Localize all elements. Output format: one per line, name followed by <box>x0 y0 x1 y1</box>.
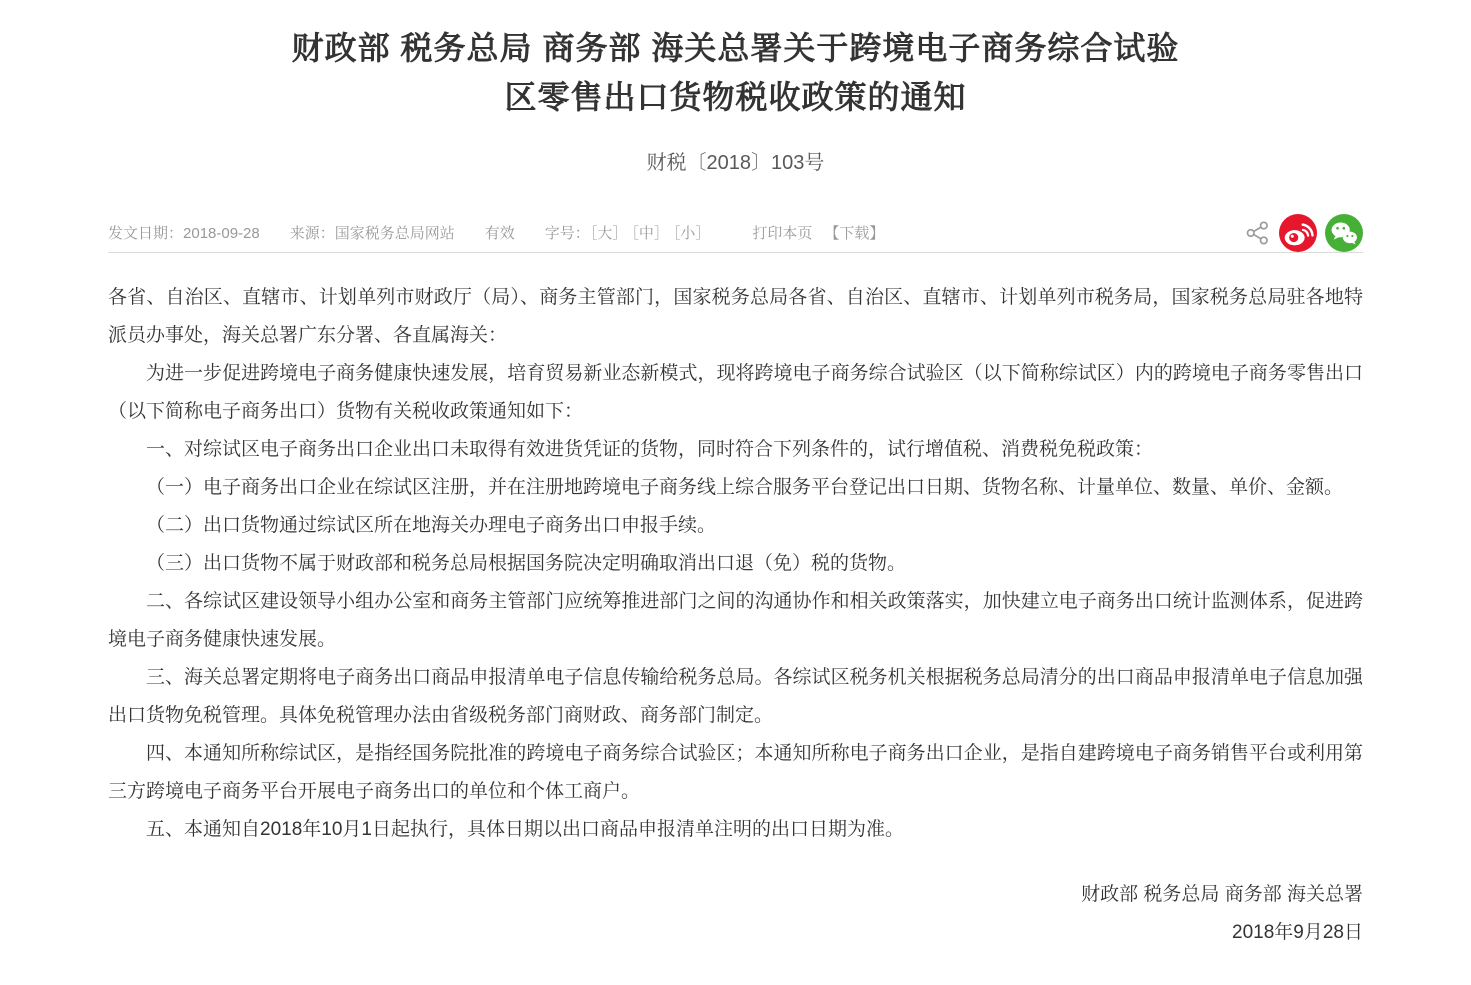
source: 来源：国家税务总局网站 <box>290 222 455 243</box>
document-body: 各省、自治区、直辖市、计划单列市财政厅（局）、商务主管部门，国家税务总局各省、自… <box>108 279 1363 849</box>
document-page: 财政部 税务总局 商务部 海关总署关于跨境电子商务综合试验区零售出口货物税收政策… <box>108 0 1363 952</box>
paragraph-addressees: 各省、自治区、直辖市、计划单列市财政厅（局）、商务主管部门，国家税务总局各省、自… <box>108 279 1363 355</box>
font-size-label: 字号： <box>545 225 590 242</box>
publish-date-value: 2018-09-28 <box>183 225 260 242</box>
share-icons-group <box>1244 214 1363 252</box>
paragraph-article-3: 三、海关总署定期将电子商务出口商品申报清单电子信息传输给税务总局。各综试区税务机… <box>108 659 1363 735</box>
paragraph-article-4: 四、本通知所称综试区，是指经国务院批准的跨境电子商务综合试验区；本通知所称电子商… <box>108 735 1363 811</box>
document-title-line2: 区零售出口货物税收政策的通知 <box>504 79 966 115</box>
signature-agencies: 财政部 税务总局 商务部 海关总署 <box>108 876 1363 914</box>
wechat-icon[interactable] <box>1325 214 1363 252</box>
paragraph-article-1: 一、对综试区电子商务出口企业出口未取得有效进货凭证的货物，同时符合下列条件的，试… <box>108 431 1363 469</box>
paragraph-article-1-item-3: （三）出口货物不属于财政部和税务总局根据国务院决定明确取消出口退（免）税的货物。 <box>108 545 1363 583</box>
document-number: 财税〔2018〕103号 <box>108 146 1363 175</box>
source-value: 国家税务总局网站 <box>335 225 455 242</box>
publish-date-label: 发文日期： <box>108 225 183 242</box>
status-badge: 有效 <box>485 222 515 243</box>
font-size-small-button[interactable]: ［小］ <box>673 225 711 242</box>
document-title: 财政部 税务总局 商务部 海关总署关于跨境电子商务综合试验区零售出口货物税收政策… <box>108 24 1363 122</box>
paragraph-article-5: 五、本通知自2018年10月1日起执行，具体日期以出口商品申报清单注明的出口日期… <box>108 811 1363 849</box>
source-label: 来源： <box>290 225 335 242</box>
share-icon[interactable] <box>1244 219 1271 247</box>
font-size-medium-button[interactable]: ［中］ <box>631 225 669 242</box>
font-size-large-button[interactable]: ［大］ <box>590 225 628 242</box>
download-button[interactable]: 【下载】 <box>824 222 884 243</box>
signature-date: 2018年9月28日 <box>108 914 1363 952</box>
print-page-button[interactable]: 打印本页 <box>752 222 812 243</box>
font-size-control: 字号：［大］［中］［小］ <box>545 222 715 243</box>
publish-date: 发文日期：2018-09-28 <box>108 222 260 243</box>
paragraph-article-2: 二、各综试区建设领导小组办公室和商务主管部门应统筹推进部门之间的沟通协作和相关政… <box>108 583 1363 659</box>
meta-bar: 发文日期：2018-09-28 来源：国家税务总局网站 有效 字号：［大］［中］… <box>108 213 1363 253</box>
paragraph-preamble: 为进一步促进跨境电子商务健康快速发展，培育贸易新业态新模式，现将跨境电子商务综合… <box>108 355 1363 431</box>
paragraph-article-1-item-2: （二）出口货物通过综试区所在地海关办理电子商务出口申报手续。 <box>108 507 1363 545</box>
weibo-icon[interactable] <box>1279 214 1317 252</box>
paragraph-article-1-item-1: （一）电子商务出口企业在综试区注册，并在注册地跨境电子商务线上综合服务平台登记出… <box>108 469 1363 507</box>
document-title-line1: 财政部 税务总局 商务部 海关总署关于跨境电子商务综合试验 <box>292 30 1180 66</box>
